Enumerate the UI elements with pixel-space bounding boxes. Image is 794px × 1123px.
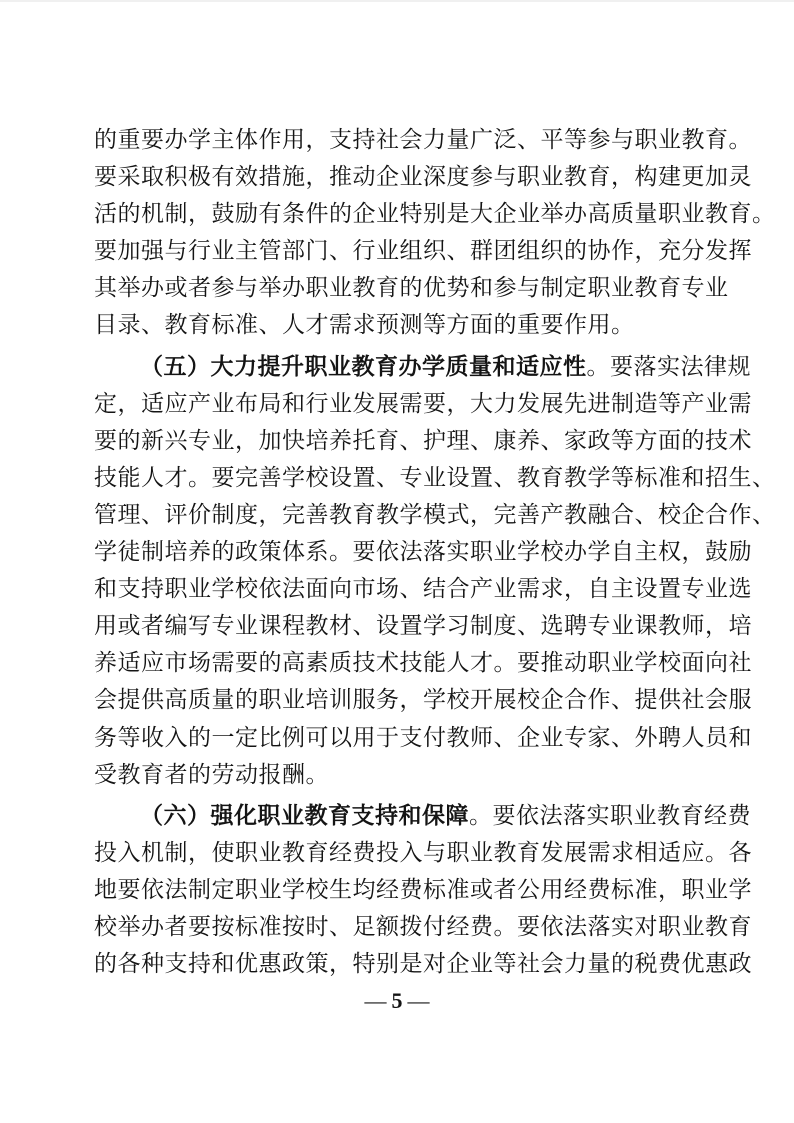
body-text-line: 务等收入的一定比例可以用于支付教师、企业专家、外聘人员和 [94,719,754,756]
heading-bold-text: （五）大力提升职业教育办学质量和适应性 [140,354,587,379]
body-text-line: 技能人才。要完善学校设置、专业设置、教育教学等标准和招生、 [94,459,754,496]
body-text: 的重要办学主体作用，支持社会力量广泛、平等参与职业教育。 [94,127,752,152]
body-text-line: 其举办或者参与举办职业教育的优势和参与制定职业教育专业 [94,269,754,306]
body-text-line: 会提供高质量的职业培训服务，学校开展校企合作、提供社会服 [94,681,754,718]
body-text: 用或者编写专业课程教材、设置学习制度、选聘专业课教师，培 [94,613,752,638]
body-text: 活的机制，鼓励有条件的企业特别是大企业举办高质量职业教育。 [94,201,776,226]
body-text: 务等收入的一定比例可以用于支付教师、企业专家、外聘人员和 [94,725,752,750]
body-text: 学徒制培养的政策体系。要依法落实职业学校办学自主权，鼓励 [94,539,752,564]
paragraph-heading-line: （六）强化职业教育支持和保障。要依法落实职业教育经费 [94,797,754,834]
scan-edge-artifact [0,0,794,2]
body-text-line: 投入机制，使职业教育经费投入与职业教育发展需求相适应。各 [94,834,754,871]
body-text: 受教育者的劳动报酬。 [94,762,329,787]
body-text-line: 的各种支持和优惠政策，特别是对企业等社会力量的税费优惠政 [94,945,754,982]
body-text: 要加强与行业主管部门、行业组织、群团组织的协作，充分发挥 [94,238,752,263]
body-text: 会提供高质量的职业培训服务，学校开展校企合作、提供社会服 [94,687,752,712]
document-body: 的重要办学主体作用，支持社会力量广泛、平等参与职业教育。要采取积极有效措施，推动… [94,121,754,982]
body-text-line: 校举办者要按标准按时、足额拨付经费。要依法落实对职业教育 [94,908,754,945]
body-text-line: 受教育者的劳动报酬。 [94,756,754,793]
body-text: 校举办者要按标准按时、足额拨付经费。要依法落实对职业教育 [94,914,752,939]
body-text-line: 地要依法制定职业学校生均经费标准或者公用经费标准，职业学 [94,871,754,908]
body-text: 要的新兴专业，加快培养托育、护理、康养、家政等方面的技术 [94,428,752,453]
body-text-line: 要采取积极有效措施，推动企业深度参与职业教育，构建更加灵 [94,158,754,195]
body-text: 投入机制，使职业教育经费投入与职业教育发展需求相适应。各 [94,840,752,865]
body-text-line: 要的新兴专业，加快培养托育、护理、康养、家政等方面的技术 [94,422,754,459]
body-text-line: 要加强与行业主管部门、行业组织、群团组织的协作，充分发挥 [94,232,754,269]
body-text: 和支持职业学校依法面向市场、结合产业需求，自主设置专业选 [94,576,752,601]
body-text-line: 定，适应产业布局和行业发展需要，大力发展先进制造等产业需 [94,385,754,422]
body-text: 。要落实法律规 [587,354,752,379]
body-text: 的各种支持和优惠政策，特别是对企业等社会力量的税费优惠政 [94,951,752,976]
body-text-line: 活的机制，鼓励有条件的企业特别是大企业举办高质量职业教育。 [94,195,754,232]
page-number-value: 5 [387,988,408,1013]
body-text-line: 养适应市场需要的高素质技术技能人才。要推动职业学校面向社 [94,644,754,681]
body-text-line: 和支持职业学校依法面向市场、结合产业需求，自主设置专业选 [94,570,754,607]
body-text-line: 用或者编写专业课程教材、设置学习制度、选聘专业课教师，培 [94,607,754,644]
body-text: 地要依法制定职业学校生均经费标准或者公用经费标准，职业学 [94,877,752,902]
body-text: 定，适应产业布局和行业发展需要，大力发展先进制造等产业需 [94,391,752,416]
page-number-dash-right: — [408,988,430,1013]
body-text: 目录、教育标准、人才需求预测等方面的重要作用。 [94,312,635,337]
heading-bold-text: （六）强化职业教育支持和保障 [140,803,469,828]
body-text: 养适应市场需要的高素质技术技能人才。要推动职业学校面向社 [94,650,752,675]
page-number: —5— [0,986,794,1016]
body-text-line: 的重要办学主体作用，支持社会力量广泛、平等参与职业教育。 [94,121,754,158]
body-text: 其举办或者参与举办职业教育的优势和参与制定职业教育专业 [94,275,729,300]
body-text: 管理、评价制度，完善教育教学模式，完善产教融合、校企合作、 [94,502,776,527]
body-text: 要采取积极有效措施，推动企业深度参与职业教育，构建更加灵 [94,164,752,189]
body-text-line: 目录、教育标准、人才需求预测等方面的重要作用。 [94,306,754,343]
body-text-line: 学徒制培养的政策体系。要依法落实职业学校办学自主权，鼓励 [94,533,754,570]
body-text: 技能人才。要完善学校设置、专业设置、教育教学等标准和招生、 [94,465,776,490]
paragraph-heading-line: （五）大力提升职业教育办学质量和适应性。要落实法律规 [94,348,754,385]
page-number-dash-left: — [365,988,387,1013]
body-text-line: 管理、评价制度，完善教育教学模式，完善产教融合、校企合作、 [94,496,754,533]
scanned-document-page: 的重要办学主体作用，支持社会力量广泛、平等参与职业教育。要采取积极有效措施，推动… [0,0,794,1123]
body-text: 。要依法落实职业教育经费 [469,803,751,828]
